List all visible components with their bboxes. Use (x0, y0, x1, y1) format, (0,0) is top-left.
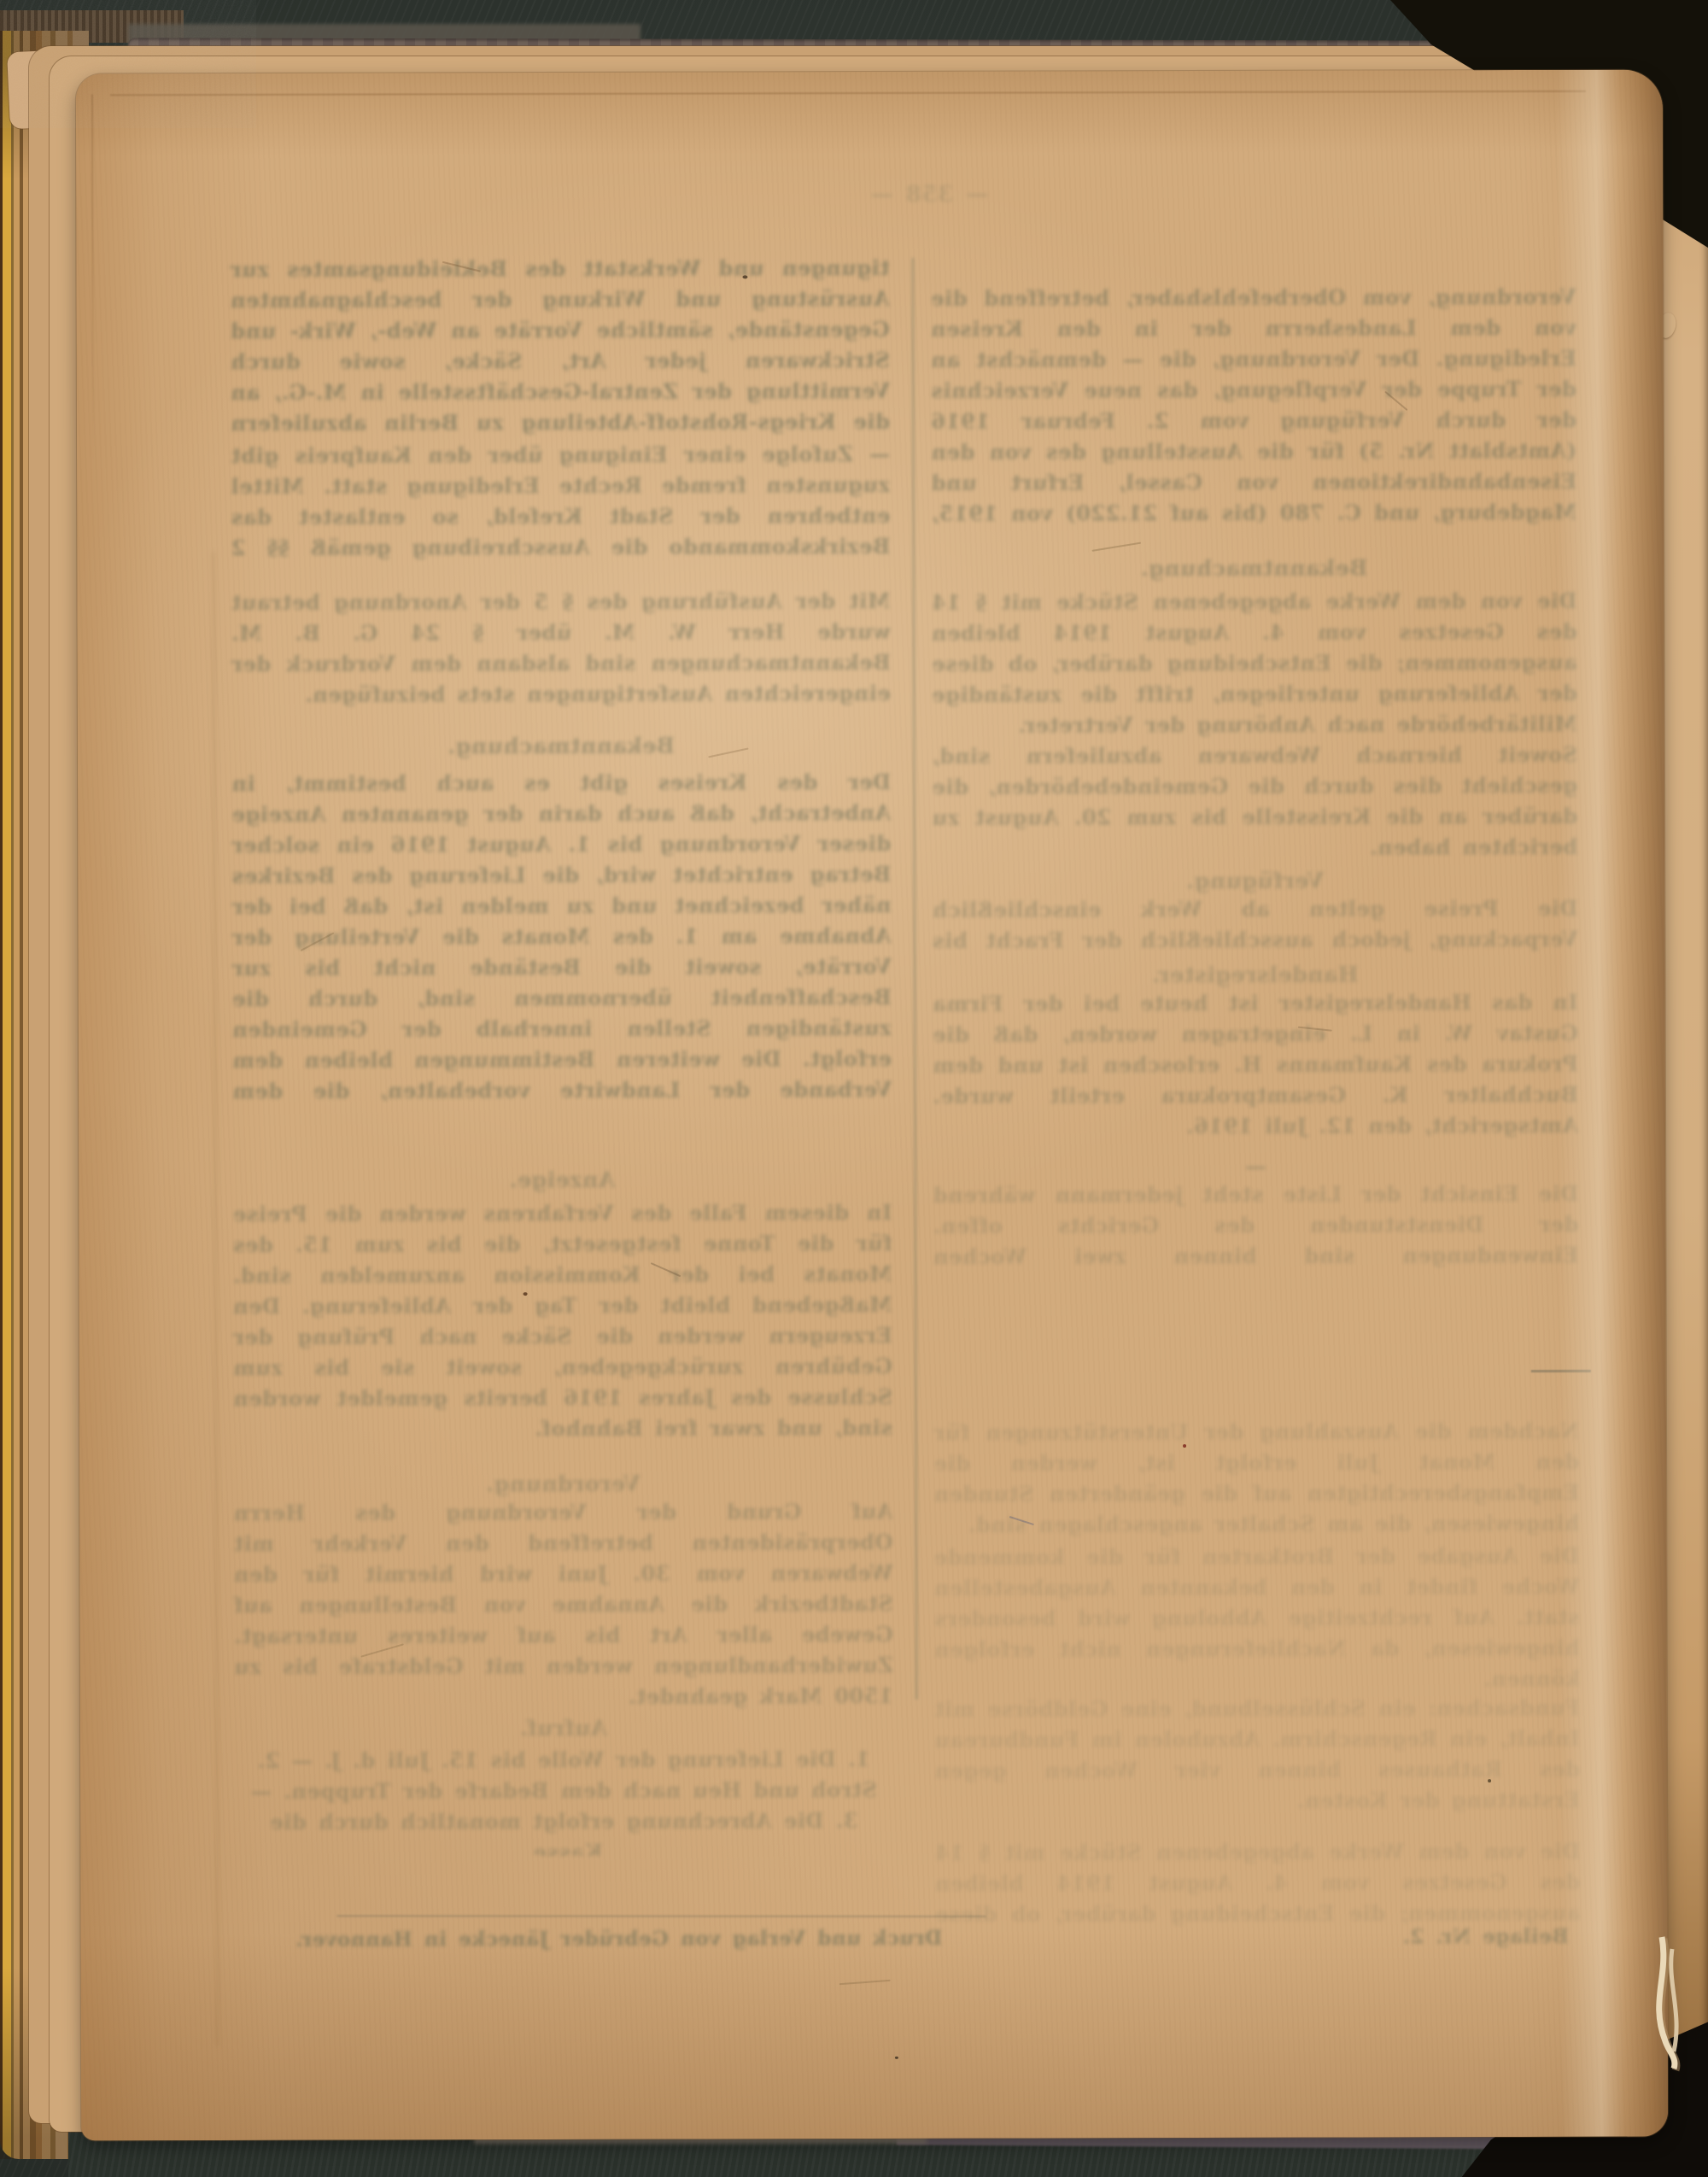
book-scan: tigungen und Werkstatt des Bekleidungsam… (0, 0, 1708, 2177)
binding-thread (1619, 1932, 1708, 2081)
main-page: tigungen und Werkstatt des Bekleidungsam… (76, 70, 1668, 2141)
page-vignette (76, 70, 1668, 2141)
